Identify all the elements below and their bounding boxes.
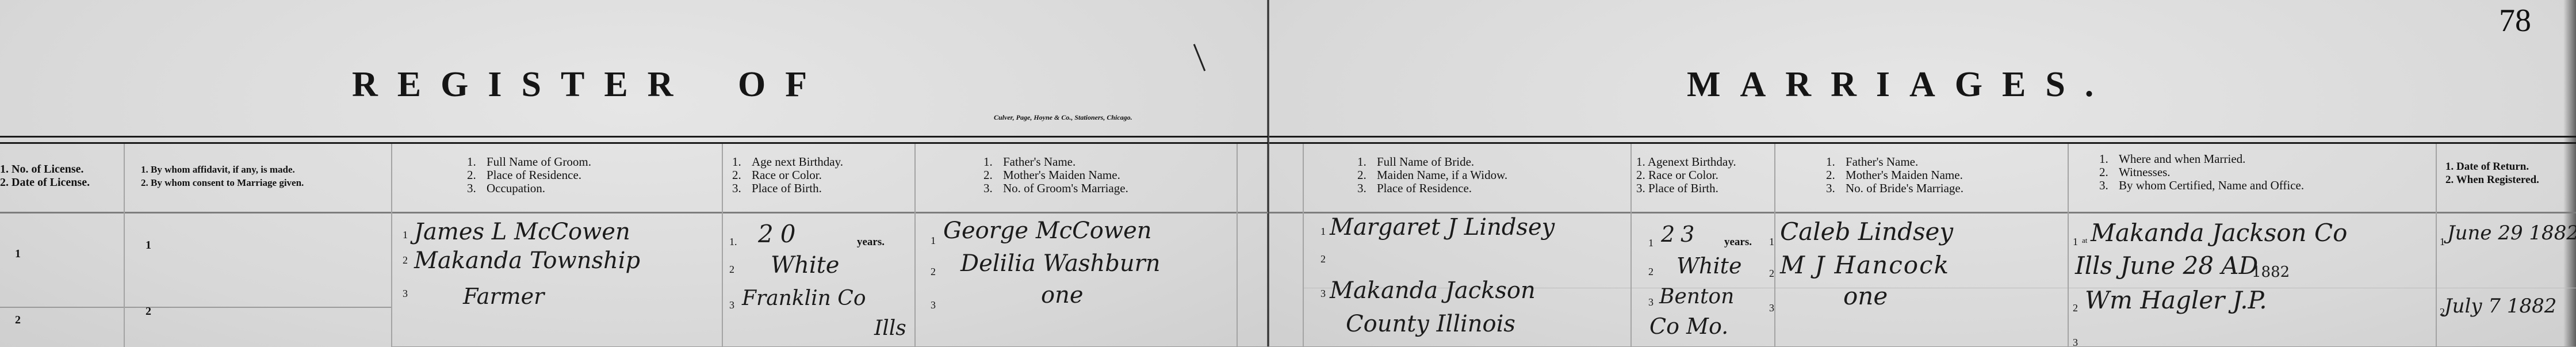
header-rule <box>0 142 1268 144</box>
book-spine <box>1267 0 1269 347</box>
header-rule <box>1269 142 2576 144</box>
header-rule <box>1269 136 2576 138</box>
line-number: 3 <box>1648 296 1653 308</box>
header-license: 1. No. of License. 2. Date of License. <box>0 163 90 189</box>
line-number: 1 <box>1648 237 1653 249</box>
title-register: REGISTER <box>352 64 692 105</box>
header-bottom-rule <box>1269 212 2576 213</box>
printed-at-label: at <box>2082 236 2087 245</box>
license-row-number: 1 <box>15 247 21 261</box>
line-number: 3 <box>931 299 936 311</box>
groom-age: 20 <box>758 220 802 248</box>
column-divider <box>914 144 916 347</box>
line-number: 1 <box>2440 236 2445 248</box>
bride-name: Margaret J Lindsey <box>1330 214 1555 241</box>
years-label: years. <box>857 236 885 249</box>
line-number: 2 <box>1648 266 1653 278</box>
groom-race: White <box>771 252 839 279</box>
header-bride-age: 1. Agenext Birthday. 2. Race or Color. 3… <box>1636 155 1736 195</box>
header-return: 1. Date of Return. 2. When Registered. <box>2445 160 2539 186</box>
groom-mother: Delilia Washburn <box>960 250 1161 277</box>
header-bride: 1.Full Name of Bride. 2.Maiden Name, if … <box>1357 155 1507 195</box>
bride-father: Caleb Lindsey <box>1780 218 1953 246</box>
header-rule <box>0 136 1268 138</box>
title-of: OF <box>738 64 826 105</box>
column-divider <box>1237 144 1238 347</box>
header-affidavit: 1. By whom affidavit, if any, is made. 2… <box>141 163 304 189</box>
groom-father: George McCowen <box>943 218 1152 244</box>
groom-name: James L McCowen <box>414 219 630 245</box>
license-row-number: 2 <box>15 314 21 327</box>
bride-age: 23 <box>1661 222 1700 247</box>
certified-by: Wm Hagler J.P. <box>2085 286 2267 314</box>
row-divider <box>0 307 391 308</box>
line-number: 1 <box>931 235 936 247</box>
married-when: Ills June 28 AD <box>2075 251 2258 280</box>
line-number: 2 <box>2073 302 2078 314</box>
date-of-return: June 29 1882 <box>2447 222 2576 245</box>
page-number: 78 <box>2499 2 2531 39</box>
column-divider <box>1630 144 1632 347</box>
header-groom: 1.Full Name of Groom. 2.Place of Residen… <box>467 155 591 195</box>
column-divider <box>2068 144 2069 347</box>
header-bottom-rule <box>0 212 1268 213</box>
line-number: 1 <box>403 229 408 241</box>
stationer-imprint: Culver, Page, Hoyne & Co., Stationers, C… <box>994 113 1132 122</box>
column-divider <box>2436 144 2437 347</box>
page-edge-shadow <box>2563 0 2576 347</box>
line-number: 2 <box>729 264 734 276</box>
groom-birthplace-line1: Franklin Co <box>742 287 866 310</box>
header-bride-parents: 1.Father's Name. 2.Mother's Maiden Name.… <box>1826 155 1963 195</box>
line-number: 3 <box>403 288 408 300</box>
header-groom-parents: 1.Father's Name. 2.Mother's Maiden Name.… <box>983 155 1128 195</box>
line-number: 2 <box>403 254 408 266</box>
line-number: 3 <box>729 299 734 311</box>
header-marriage: 1.Where and when Married. 2.Witnesses. 3… <box>2099 152 2304 192</box>
line-number: 2 <box>1320 253 1326 265</box>
married-year: 1882 <box>2252 264 2290 281</box>
affidavit-row-number: 1 <box>146 239 151 252</box>
column-divider <box>1303 144 1304 347</box>
line-number: 2 <box>1769 268 1774 280</box>
column-divider <box>722 144 723 347</box>
years-label: years. <box>1724 236 1752 249</box>
bride-residence-line1: Makanda Jackson <box>1330 277 1536 304</box>
groom-occupation: Farmer <box>463 284 544 309</box>
column-divider <box>124 144 125 347</box>
line-number: 2 <box>931 266 936 278</box>
groom-birthplace-line2: Ills <box>874 317 906 340</box>
bride-race: White <box>1676 253 1741 279</box>
bride-residence-line2: County Illinois <box>1346 311 1515 337</box>
line-number: 3 <box>2073 337 2078 347</box>
line-number: 1. <box>729 236 737 248</box>
when-registered: July 7 1882 <box>2444 295 2556 318</box>
bride-birthplace-line1: Benton <box>1659 285 1734 308</box>
bride-marriage-number: one <box>1843 282 1888 310</box>
line-number: 1 <box>1769 236 1774 248</box>
groom-marriage-number: one <box>1041 282 1084 308</box>
bride-mother: M J Hancock <box>1780 251 1950 279</box>
groom-residence: Makanda Township <box>414 247 640 274</box>
line-number: 1 <box>1320 226 1326 238</box>
line-number: 1 <box>2073 236 2078 248</box>
title-marriages: MARRIAGES. <box>1687 64 2113 105</box>
married-where: Makanda Jackson Co <box>2091 219 2347 247</box>
bride-birthplace-line2: Co Mo. <box>1649 314 1728 339</box>
line-number: 3 <box>1769 302 1774 314</box>
column-divider <box>1774 144 1775 347</box>
line-number: 3 <box>1320 288 1326 300</box>
header-groom-age: 1.Age next Birthday. 2.Race or Color. 3.… <box>732 155 843 195</box>
affidavit-row-number: 2 <box>146 305 151 318</box>
column-divider <box>391 144 392 347</box>
